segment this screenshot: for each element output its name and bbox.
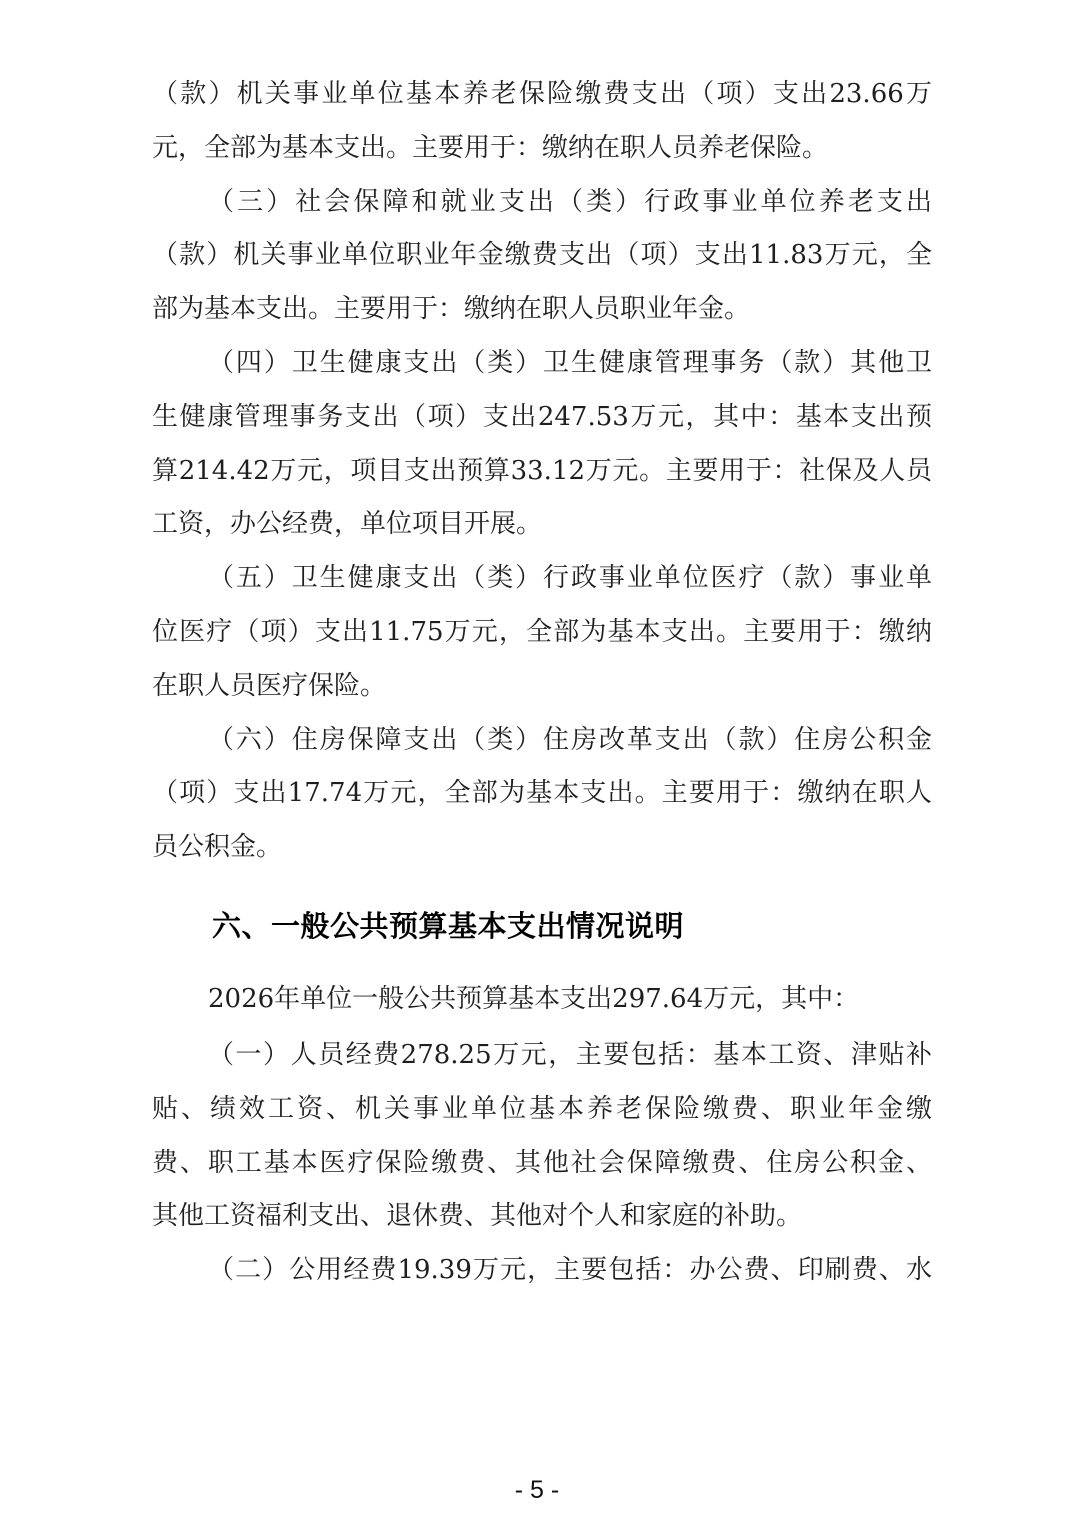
text-line: （六）住房保障支出（类）住房改革支出（款）住房公积金 bbox=[152, 714, 932, 768]
intro-paragraph: 2026年单位一般公共预算基本支出297.64万元，其中： bbox=[152, 973, 932, 1027]
text-line: 部为基本支出。主要用于：缴纳在职人员职业年金。 bbox=[152, 283, 932, 337]
text-line: 其他工资福利支出、退休费、其他对个人和家庭的补助。 bbox=[152, 1190, 932, 1244]
text-line: 位医疗（项）支出11.75万元，全部为基本支出。主要用于：缴纳 bbox=[152, 606, 932, 660]
text-line: （项）支出17.74万元，全部为基本支出。主要用于：缴纳在职人 bbox=[152, 767, 932, 821]
text-line: 元，全部为基本支出。主要用于：缴纳在职人员养老保险。 bbox=[152, 122, 932, 176]
text-line: 在职人员医疗保险。 bbox=[152, 660, 932, 714]
text-line: （款）机关事业单位职业年金缴费支出（项）支出11.83万元，全 bbox=[152, 229, 932, 283]
text-line: 员公积金。 bbox=[152, 821, 932, 875]
body-text-block-bottom: （一）人员经费278.25万元，主要包括：基本工资、津贴补贴、绩效工资、机关事业… bbox=[152, 1029, 932, 1298]
text-line: 工资，办公经费，单位项目开展。 bbox=[152, 498, 932, 552]
text-line: （款）机关事业单位基本养老保险缴费支出（项）支出23.66万 bbox=[152, 68, 932, 122]
body-text-block-top: （款）机关事业单位基本养老保险缴费支出（项）支出23.66万元，全部为基本支出。… bbox=[152, 68, 932, 875]
text-line: （五）卫生健康支出（类）行政事业单位医疗（款）事业单 bbox=[152, 552, 932, 606]
text-line: （二）公用经费19.39万元，主要包括：办公费、印刷费、水 bbox=[152, 1244, 932, 1298]
text-line: 贴、绩效工资、机关事业单位基本养老保险缴费、职业年金缴 bbox=[152, 1083, 932, 1137]
text-line: 算214.42万元，项目支出预算33.12万元。主要用于：社保及人员 bbox=[152, 445, 932, 499]
document-page: （款）机关事业单位基本养老保险缴费支出（项）支出23.66万元，全部为基本支出。… bbox=[0, 0, 1074, 1520]
text-line: （三）社会保障和就业支出（类）行政事业单位养老支出 bbox=[152, 176, 932, 230]
section-heading: 六、一般公共预算基本支出情况说明 bbox=[212, 899, 684, 955]
text-line: 生健康管理事务支出（项）支出247.53万元，其中：基本支出预 bbox=[152, 391, 932, 445]
text-line: 费、职工基本医疗保险缴费、其他社会保障缴费、住房公积金、 bbox=[152, 1137, 932, 1191]
text-line: （一）人员经费278.25万元，主要包括：基本工资、津贴补 bbox=[152, 1029, 932, 1083]
page-number: - 5 - bbox=[0, 1475, 1074, 1505]
text-line: （四）卫生健康支出（类）卫生健康管理事务（款）其他卫 bbox=[152, 337, 932, 391]
